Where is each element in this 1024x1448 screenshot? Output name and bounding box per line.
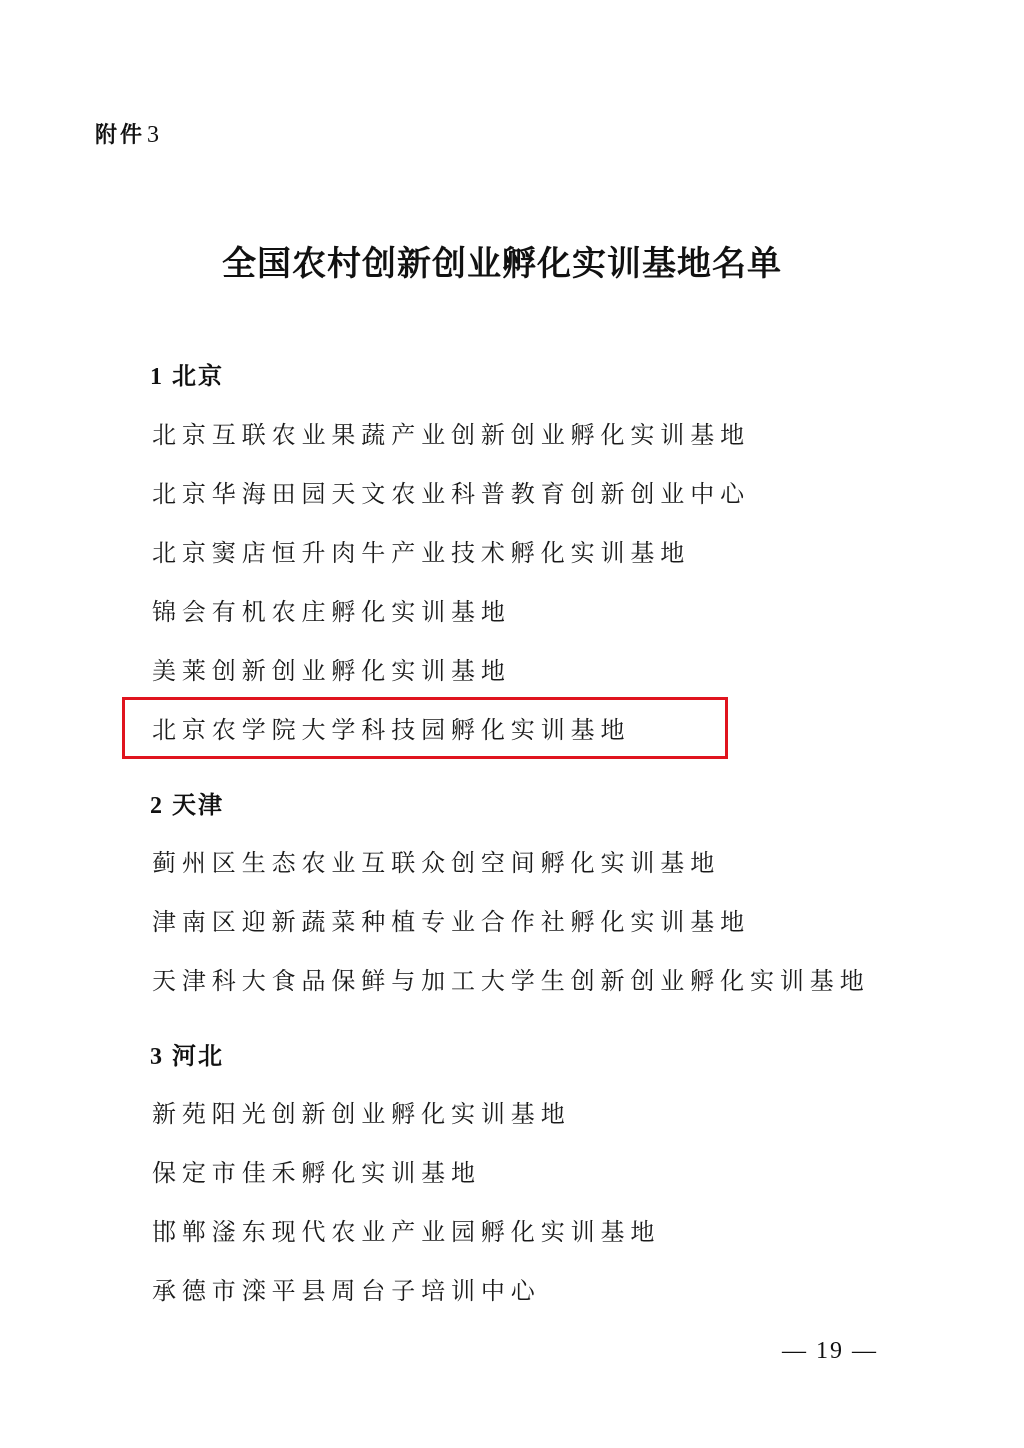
list-item: 天津科大食品保鲜与加工大学生创新创业孵化实训基地	[152, 961, 870, 996]
list-item: 蓟州区生态农业互联众创空间孵化实训基地	[152, 843, 720, 878]
section-number: 3	[150, 1044, 164, 1070]
list-item: 北京互联农业果蔬产业创新创业孵化实训基地	[152, 415, 750, 450]
attachment-label: 附件3	[95, 118, 162, 149]
list-item: 北京华海田园天文农业科普教育创新创业中心	[152, 474, 750, 509]
section-region: 天津	[172, 791, 224, 819]
list-item: 美莱创新创业孵化实训基地	[152, 651, 511, 686]
section-number: 1	[150, 364, 164, 390]
document-title: 全国农村创新创业孵化实训基地名单	[0, 236, 1004, 285]
attachment-label-text: 附件	[95, 123, 145, 148]
section-heading-beijing: 1北京	[150, 356, 224, 391]
list-item: 津南区迎新蔬菜种植专业合作社孵化实训基地	[152, 902, 750, 937]
list-item: 新苑阳光创新创业孵化实训基地	[152, 1094, 571, 1129]
list-item: 北京窦店恒升肉牛产业技术孵化实训基地	[152, 533, 690, 568]
list-item: 邯郸滏东现代农业产业园孵化实训基地	[152, 1212, 660, 1247]
section-region: 北京	[172, 362, 224, 390]
highlighted-list-item: 北京农学院大学科技园孵化实训基地	[152, 710, 630, 745]
section-heading-hebei: 3河北	[150, 1036, 224, 1071]
list-item: 保定市佳禾孵化实训基地	[152, 1153, 481, 1188]
page-number: — 19 —	[782, 1338, 878, 1365]
section-region: 河北	[172, 1042, 224, 1070]
section-number: 2	[150, 793, 164, 819]
list-item: 承德市滦平县周台子培训中心	[152, 1271, 541, 1306]
list-item: 锦会有机农庄孵化实训基地	[152, 592, 511, 627]
attachment-number: 3	[147, 122, 162, 148]
section-heading-tianjin: 2天津	[150, 785, 224, 820]
